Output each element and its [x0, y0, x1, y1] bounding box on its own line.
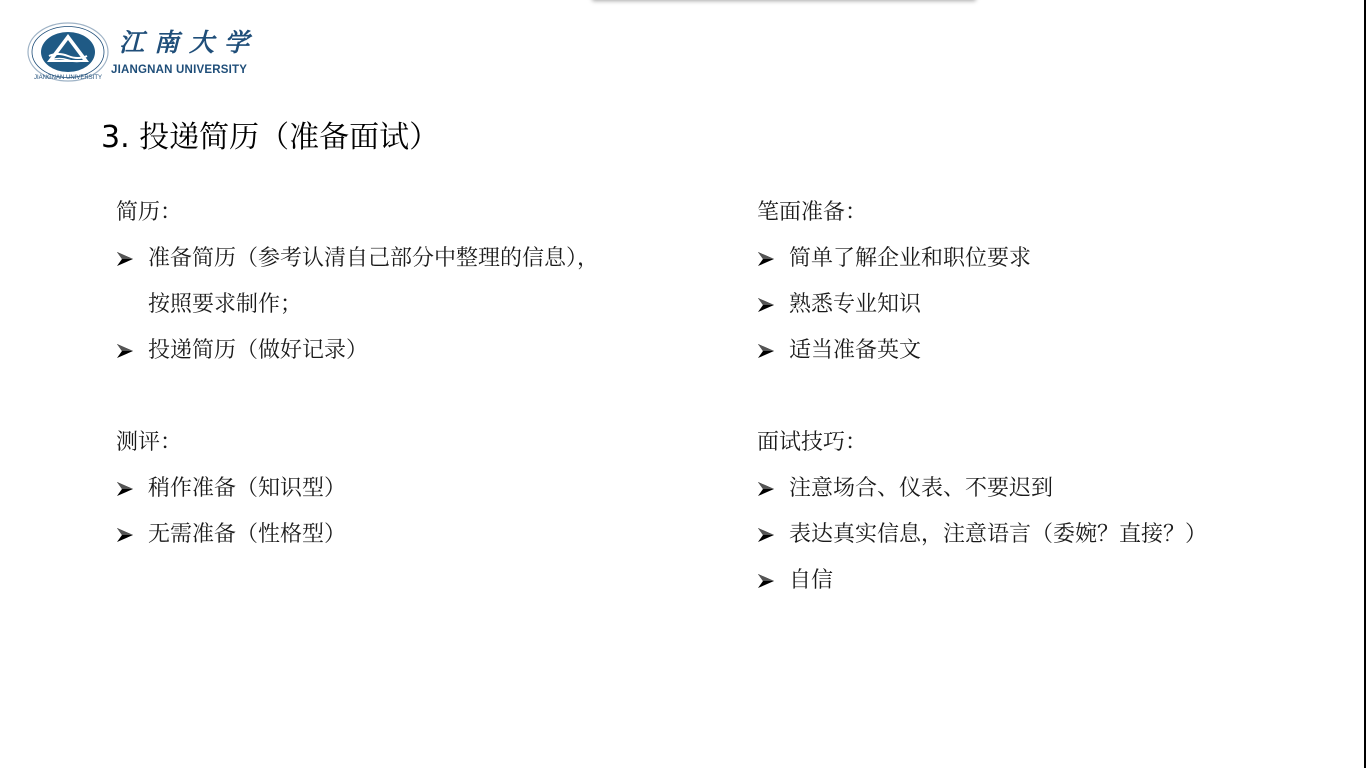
list-item: 简单了解企业和职位要求	[757, 236, 1031, 282]
list-item-text: 熟悉专业知识	[789, 282, 921, 328]
logo-text: 江南大学 JIANGNAN UNIVERSITY	[119, 28, 259, 76]
arrowhead-bullet-icon	[757, 236, 789, 282]
arrowhead-bullet-icon	[116, 466, 148, 512]
section-heading: 测评：	[116, 420, 346, 466]
list-item: 适当准备英文	[757, 328, 1031, 374]
slide-title: 3. 投递简历（准备面试）	[101, 116, 439, 160]
arrowhead-bullet-icon	[757, 282, 789, 328]
list-item-text: 投递简历（做好记录）	[148, 328, 368, 374]
list-item: 注意场合、仪表、不要迟到	[757, 466, 1207, 512]
section-interview-tips: 面试技巧： 注意场合、仪表、不要迟到 表达真实信息，注意语言（委婉？直接？） 自…	[757, 420, 1207, 604]
list-item-text: 适当准备英文	[789, 328, 921, 374]
svg-text:JIANGNAN UNIVERSITY: JIANGNAN UNIVERSITY	[34, 75, 102, 81]
arrowhead-bullet-icon	[116, 512, 148, 558]
section-assessment: 测评： 稍作准备（知识型） 无需准备（性格型）	[116, 420, 346, 558]
list-item: 投递简历（做好记录）	[116, 328, 599, 374]
logo-name-en: JIANGNAN UNIVERSITY	[111, 64, 259, 76]
arrowhead-bullet-icon	[757, 466, 789, 512]
section-written-test: 笔面准备： 简单了解企业和职位要求 熟悉专业知识 适当准备英文	[757, 190, 1031, 374]
list-item-text: 表达真实信息，注意语言（委婉？直接？）	[789, 512, 1207, 558]
logo-name-cn: 江南大学	[119, 28, 259, 60]
list-item: 表达真实信息，注意语言（委婉？直接？）	[757, 512, 1207, 558]
section-heading: 简历：	[116, 190, 599, 236]
list-item-text: 准备简历（参考认清自己部分中整理的信息），	[148, 236, 599, 282]
list-item-text: 自信	[789, 558, 833, 604]
arrowhead-bullet-icon	[757, 558, 789, 604]
arrowhead-bullet-icon	[757, 328, 789, 374]
slide-canvas: JIANGNAN UNIVERSITY 江南大学 JIANGNAN UNIVER…	[0, 0, 1364, 768]
arrowhead-bullet-icon	[116, 328, 148, 374]
list-item: 熟悉专业知识	[757, 282, 1031, 328]
section-heading: 笔面准备：	[757, 190, 1031, 236]
university-logo: JIANGNAN UNIVERSITY 江南大学 JIANGNAN UNIVER…	[27, 22, 259, 82]
section-heading: 面试技巧：	[757, 420, 1207, 466]
list-item: 准备简历（参考认清自己部分中整理的信息）， 按照要求制作；	[116, 236, 599, 328]
arrowhead-bullet-icon	[757, 512, 789, 558]
list-item: 无需准备（性格型）	[116, 512, 346, 558]
list-item-text: 简单了解企业和职位要求	[789, 236, 1031, 282]
university-emblem-icon: JIANGNAN UNIVERSITY	[27, 22, 109, 82]
list-item-text: 无需准备（性格型）	[148, 512, 346, 558]
section-resume: 简历： 准备简历（参考认清自己部分中整理的信息）， 按照要求制作； 投递简历（做…	[116, 190, 599, 374]
list-item-text: 注意场合、仪表、不要迟到	[789, 466, 1053, 512]
arrowhead-bullet-icon	[116, 236, 148, 282]
list-item-text: 稍作准备（知识型）	[148, 466, 346, 512]
list-item-text: 按照要求制作；	[148, 282, 599, 328]
list-item: 稍作准备（知识型）	[116, 466, 346, 512]
list-item: 自信	[757, 558, 1207, 604]
